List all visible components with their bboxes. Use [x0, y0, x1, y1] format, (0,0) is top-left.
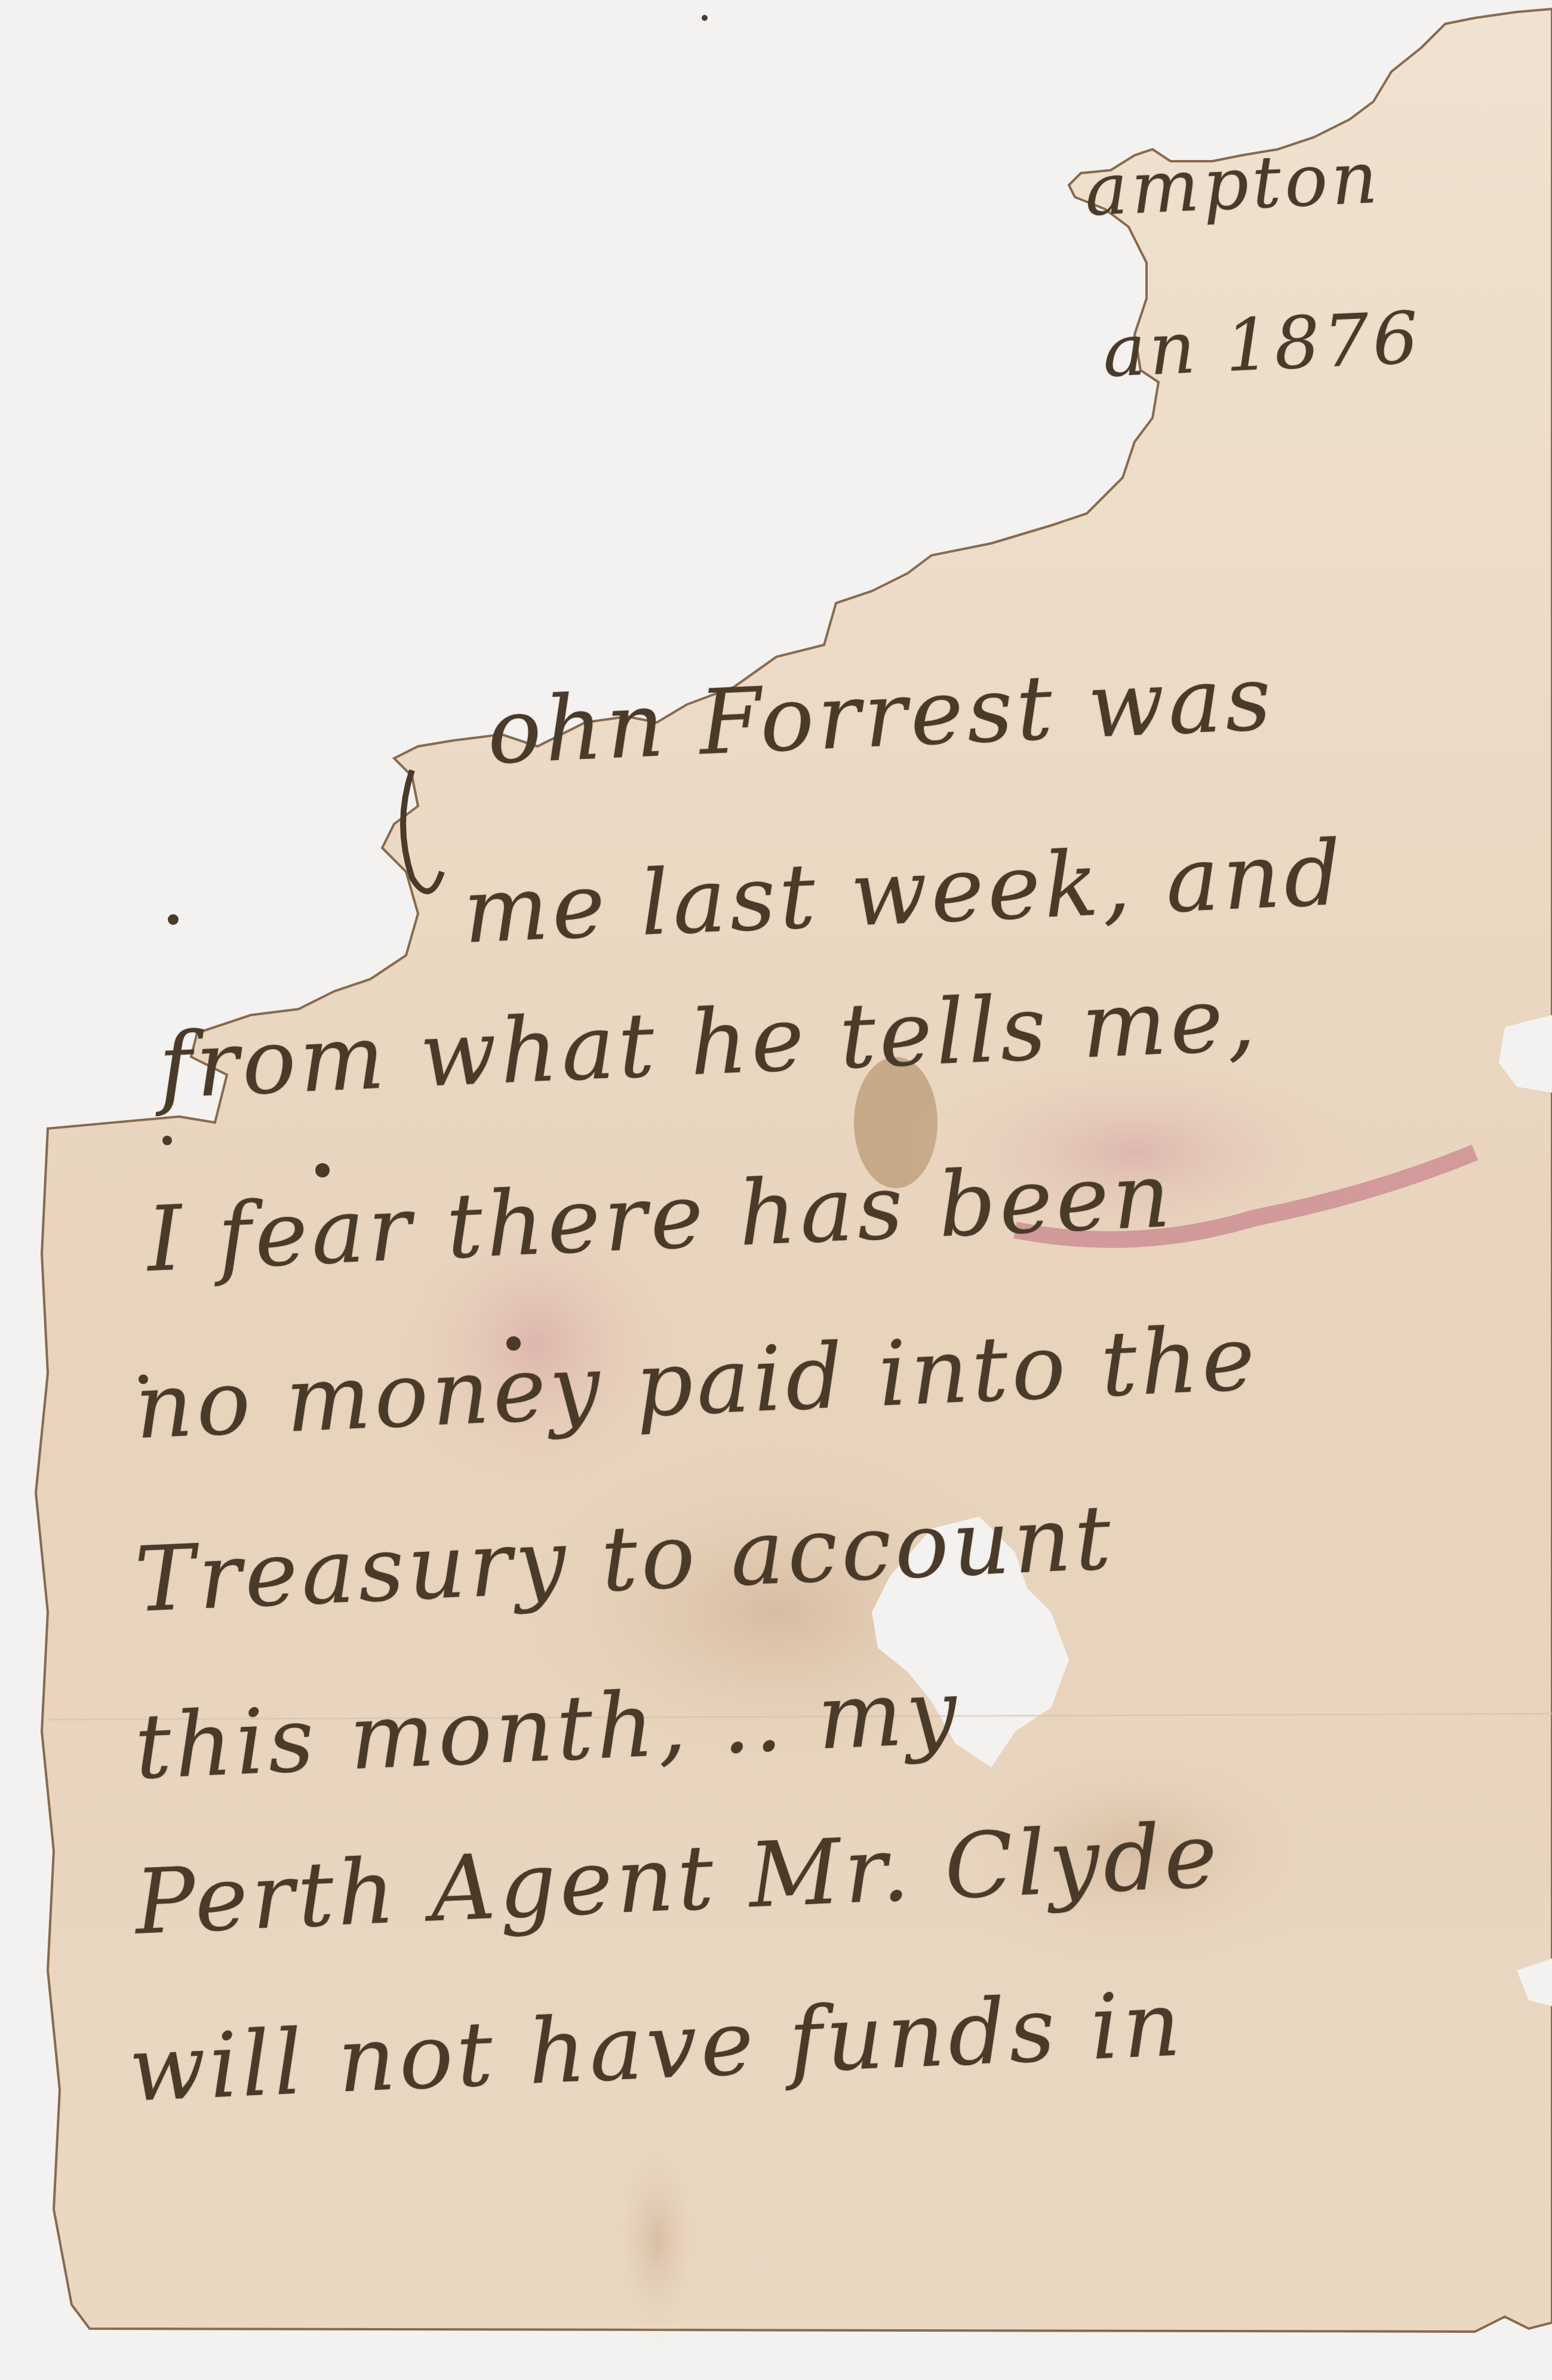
header-place: ampton	[1083, 137, 1382, 232]
header-date: an 1876	[1101, 297, 1424, 393]
